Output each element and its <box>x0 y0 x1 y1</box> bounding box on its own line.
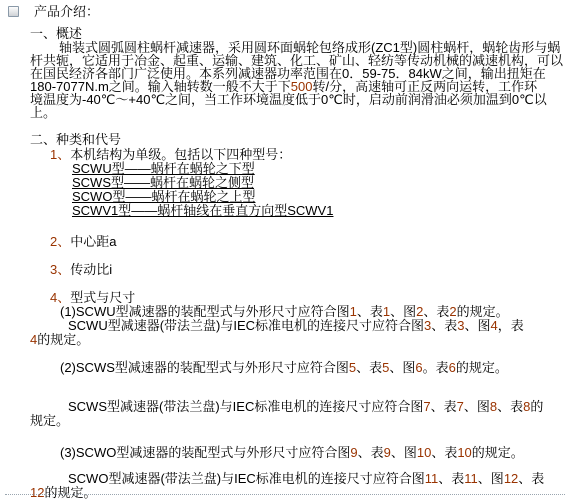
text-segment: 、表 <box>431 318 457 333</box>
text-segment: 的规定。 <box>44 485 96 500</box>
item-number: 3、 <box>50 262 70 277</box>
figure-number: 11 <box>425 471 439 486</box>
text-segment: 、表 <box>357 304 383 319</box>
text-segment: 、表 <box>356 360 382 375</box>
text-segment: 、图 <box>391 445 417 460</box>
text-segment: 型式与尺寸 <box>70 290 135 305</box>
figure-number: 1 <box>350 304 357 319</box>
text-segment: 的规定。 <box>37 332 89 347</box>
list-item-2: 2、中心距a <box>50 235 116 249</box>
section-heading-overview: 一、概述 <box>30 27 82 41</box>
list-item-3: 3、传动比i <box>50 263 112 277</box>
spec-line-wrap: 12的规定。 <box>30 486 96 500</box>
text-segment: 、表 <box>497 399 523 414</box>
text-segment: 、图 <box>389 360 415 375</box>
dotted-divider <box>5 494 565 495</box>
spec-line-scwo-flange: SCWO型减速器(带法兰盘)与IEC标准电机的连接尺寸应符合图11、表11、图1… <box>68 472 544 486</box>
figure-number: 10 <box>457 445 471 460</box>
text-segment: 、图 <box>464 399 490 414</box>
section-heading-types: 二、种类和代号 <box>30 133 121 147</box>
figure-number: 3 <box>457 318 464 333</box>
text-segment: (3)SCWO型减速器的装配型式与外形尺寸应符合图 <box>60 445 350 460</box>
figure-number: 7 <box>423 399 430 414</box>
overview-paragraph-line: 境温度为-40℃～+40℃之间，当工作环境温度低于0℃时，启动前润滑油必须加温到… <box>30 93 547 107</box>
text-segment: (1)SCWU型减速器的装配型式与外形尺寸应符合图 <box>60 304 350 319</box>
spec-line-wrap: 规定。 <box>30 414 69 428</box>
figure-number: 12 <box>30 485 44 500</box>
item-number: 1、 <box>50 147 70 162</box>
figure-number: 9 <box>384 445 391 460</box>
text-segment: 的规定。 <box>457 304 509 319</box>
list-item-4: 4、型式与尺寸 <box>50 291 135 305</box>
figure-number: 6 <box>449 360 456 375</box>
spec-line-scws-flange: SCWS型减速器(带法兰盘)与IEC标准电机的连接尺寸应符合图7、表7、图8、表… <box>68 400 543 414</box>
text-segment: (2)SCWS型减速器的装配型式与外形尺寸应符合图 <box>60 360 349 375</box>
text-segment: SCWS型减速器(带法兰盘)与IEC标准电机的连接尺寸应符合图 <box>68 399 423 414</box>
item-number: 2、 <box>50 234 70 249</box>
figure-number: 10 <box>417 445 431 460</box>
list-item-1: 1、本机结构为单级。包括以下四种型号： <box>50 148 291 162</box>
model-link-scwv1[interactable]: SCWV1型——蜗杆轴线在垂直方向型SCWV1 <box>72 204 333 218</box>
model-link-scwu[interactable]: SCWU型——蜗杆在蜗轮之下型 <box>72 162 255 176</box>
text-segment: 本机结构为单级。包括以下四种型号： <box>70 147 291 162</box>
figure-number: 12 <box>504 471 518 486</box>
figure-number: 11 <box>464 471 478 486</box>
model-link-scws[interactable]: SCWS型——蜗杆在蜗轮之侧型 <box>72 176 254 190</box>
spec-line-scwo-dimensions: (3)SCWO型减速器的装配型式与外形尺寸应符合图9、表9、图10、表10的规定… <box>60 446 524 460</box>
overview-paragraph-line: 上。 <box>30 106 56 120</box>
text-segment: 的规定。 <box>456 360 508 375</box>
item-number: 4、 <box>50 290 70 305</box>
text-segment: 、表 <box>431 445 457 460</box>
document-page: 产品介绍： 一、概述 轴装式圆弧圆柱蜗杆减速器，采用圆环面蜗轮包络成形(ZC1型… <box>0 0 570 501</box>
figure-number: 1 <box>383 304 390 319</box>
text-segment: 、表 <box>431 399 457 414</box>
text-segment: 、图 <box>478 471 504 486</box>
text-segment: SCWU型减速器(带法兰盘)与IEC标准电机的连接尺寸应符合图 <box>68 318 424 333</box>
figure-number: 8 <box>490 399 497 414</box>
figure-number: 9 <box>350 445 357 460</box>
text-segment: 。表 <box>423 360 449 375</box>
figure-number: 4 <box>491 318 498 333</box>
text-segment: 、表 <box>358 445 384 460</box>
text-segment: 的规定。 <box>472 445 524 460</box>
text-segment: 的 <box>530 399 543 414</box>
text-segment: 、表 <box>438 471 464 486</box>
text-segment: 、表 <box>518 471 544 486</box>
page-title: 产品介绍： <box>34 5 99 19</box>
spec-line-wrap: 4的规定。 <box>30 333 89 347</box>
figure-number: 2 <box>449 304 456 319</box>
square-bullet-icon <box>8 6 19 17</box>
figure-number: 7 <box>457 399 464 414</box>
spec-line-scwu-flange: SCWU型减速器(带法兰盘)与IEC标准电机的连接尺寸应符合图3、表3、图4，表 <box>68 319 524 333</box>
text-segment: ，表 <box>498 318 524 333</box>
figure-number: 6 <box>415 360 422 375</box>
text-segment: 、图 <box>390 304 416 319</box>
text-segment: SCWO型减速器(带法兰盘)与IEC标准电机的连接尺寸应符合图 <box>68 471 425 486</box>
text-segment: 中心距a <box>70 234 116 249</box>
spec-line-scws-dimensions: (2)SCWS型减速器的装配型式与外形尺寸应符合图5、表5、图6。表6的规定。 <box>60 361 508 375</box>
model-link-scwo[interactable]: SCWO型——蜗杆在蜗轮之上型 <box>72 190 255 204</box>
spec-line-scwu-dimensions: (1)SCWU型减速器的装配型式与外形尺寸应符合图1、表1、图2、表2的规定。 <box>60 305 509 319</box>
text-segment: 传动比i <box>70 262 112 277</box>
text-segment: 、图 <box>465 318 491 333</box>
text-segment: 、表 <box>423 304 449 319</box>
